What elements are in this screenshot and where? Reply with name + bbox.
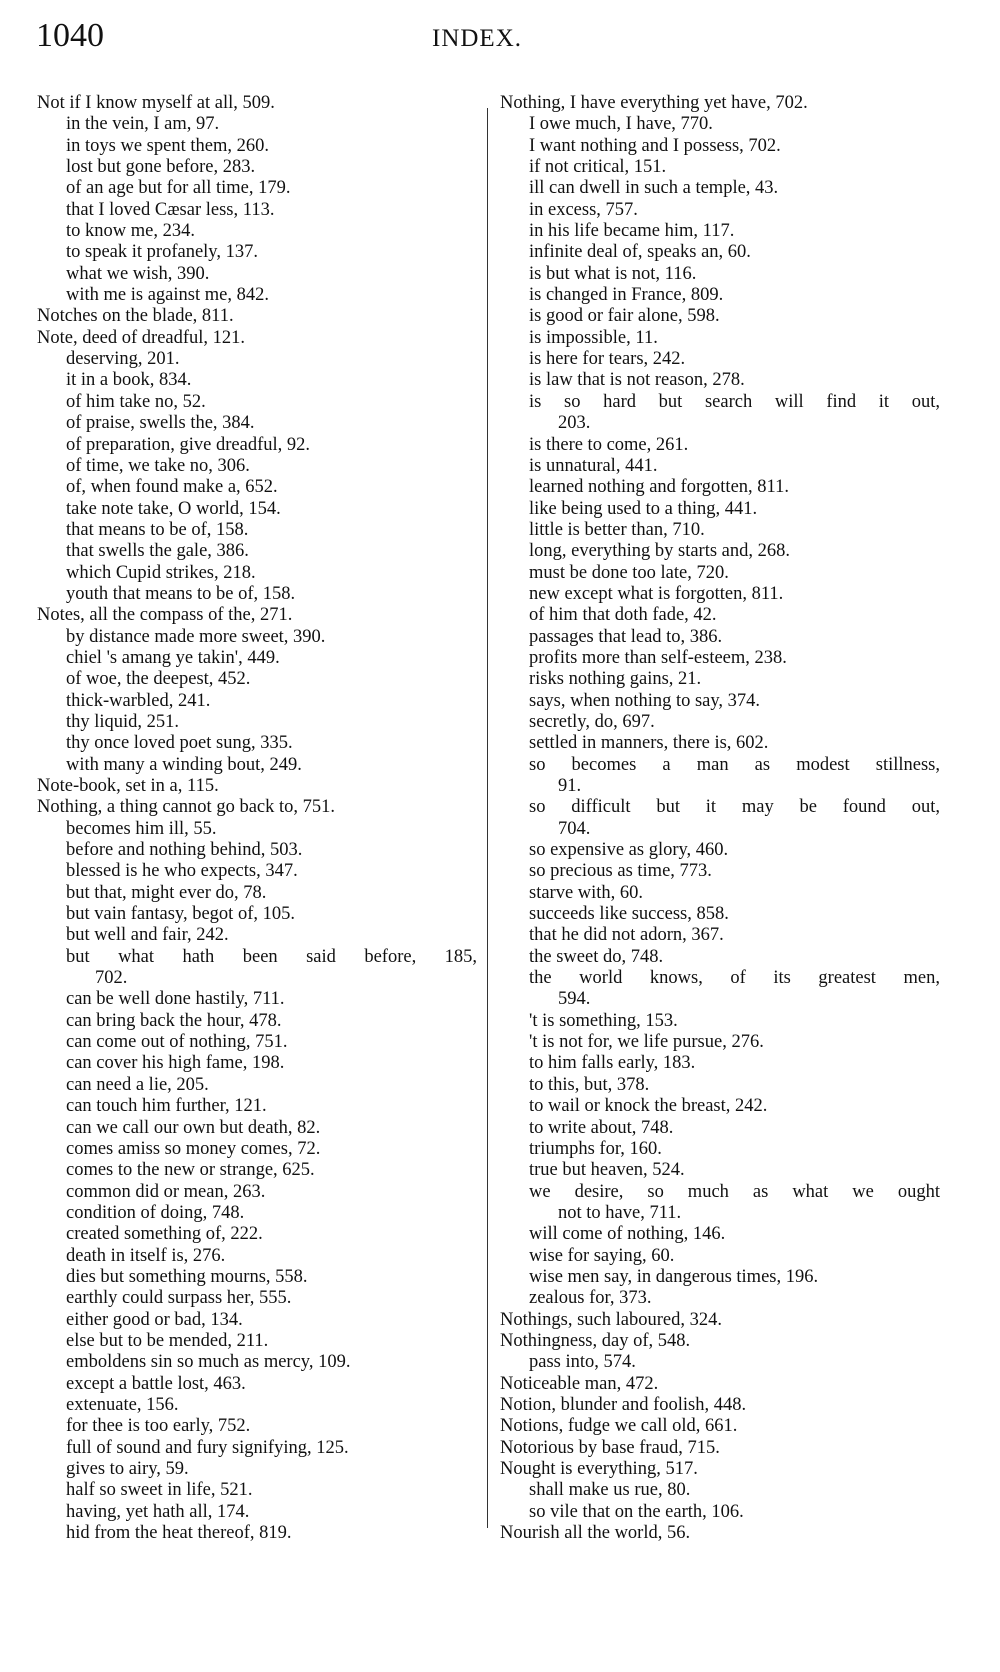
page-number: 1040 bbox=[36, 16, 104, 56]
index-subentry: the world knows, of its greatest men, bbox=[500, 968, 940, 989]
index-subentry: is there to come, 261. bbox=[500, 435, 940, 456]
index-subentry: but what hath been said before, 185, bbox=[37, 947, 477, 968]
index-subentry: of time, we take no, 306. bbox=[37, 456, 477, 477]
index-subentry: common did or mean, 263. bbox=[37, 1182, 477, 1203]
index-subentry: pass into, 574. bbox=[500, 1352, 940, 1373]
index-subentry: either good or bad, 134. bbox=[37, 1310, 477, 1331]
index-heading-entry: Note, deed of dreadful, 121. bbox=[37, 328, 477, 349]
index-subentry: is here for tears, 242. bbox=[500, 349, 940, 370]
index-subentry: comes to the new or strange, 625. bbox=[37, 1160, 477, 1181]
index-subentry: what we wish, 390. bbox=[37, 264, 477, 285]
index-subentry: to speak it profanely, 137. bbox=[37, 242, 477, 263]
index-subentry: so expensive as glory, 460. bbox=[500, 840, 940, 861]
index-heading-entry: Notion, blunder and foolish, 448. bbox=[500, 1395, 940, 1416]
index-heading-entry: Nothing, a thing cannot go back to, 751. bbox=[37, 797, 477, 818]
index-subentry: so vile that on the earth, 106. bbox=[500, 1502, 940, 1523]
index-entry-continuation: 702. bbox=[37, 968, 477, 989]
index-subentry: that means to be of, 158. bbox=[37, 520, 477, 541]
column-divider bbox=[487, 108, 488, 1528]
index-subentry: to wail or knock the breast, 242. bbox=[500, 1096, 940, 1117]
index-subentry: of him that doth fade, 42. bbox=[500, 605, 940, 626]
index-heading-entry: Not if I know myself at all, 509. bbox=[37, 93, 477, 114]
index-entry-continuation: 91. bbox=[500, 776, 940, 797]
index-subentry: chiel 's amang ye takin', 449. bbox=[37, 648, 477, 669]
index-subentry: can we call our own but death, 82. bbox=[37, 1118, 477, 1139]
index-subentry: else but to be mended, 211. bbox=[37, 1331, 477, 1352]
index-subentry: wise men say, in dangerous times, 196. bbox=[500, 1267, 940, 1288]
left-index-column: Not if I know myself at all, 509.in the … bbox=[37, 93, 477, 1544]
index-subentry: of him take no, 52. bbox=[37, 392, 477, 413]
index-subentry: is law that is not reason, 278. bbox=[500, 370, 940, 391]
index-subentry: thy once loved poet sung, 335. bbox=[37, 733, 477, 754]
index-subentry: of preparation, give dreadful, 92. bbox=[37, 435, 477, 456]
index-heading-entry: Notes, all the compass of the, 271. bbox=[37, 605, 477, 626]
index-subentry: zealous for, 373. bbox=[500, 1288, 940, 1309]
index-entry-continuation: 594. bbox=[500, 989, 940, 1010]
index-subentry: to write about, 748. bbox=[500, 1118, 940, 1139]
index-subentry: of an age but for all time, 179. bbox=[37, 178, 477, 199]
index-heading-entry: Nourish all the world, 56. bbox=[500, 1523, 940, 1544]
index-subentry: full of sound and fury signifying, 125. bbox=[37, 1438, 477, 1459]
index-subentry: to him falls early, 183. bbox=[500, 1053, 940, 1074]
index-subentry: which Cupid strikes, 218. bbox=[37, 563, 477, 584]
index-subentry: if not critical, 151. bbox=[500, 157, 940, 178]
index-subentry: condition of doing, 748. bbox=[37, 1203, 477, 1224]
index-subentry: wise for saying, 60. bbox=[500, 1246, 940, 1267]
index-subentry: we desire, so much as what we ought bbox=[500, 1182, 940, 1203]
index-subentry: created something of, 222. bbox=[37, 1224, 477, 1245]
index-subentry: in toys we spent them, 260. bbox=[37, 136, 477, 157]
index-subentry: starve with, 60. bbox=[500, 883, 940, 904]
index-subentry: secretly, do, 697. bbox=[500, 712, 940, 733]
index-subentry: infinite deal of, speaks an, 60. bbox=[500, 242, 940, 263]
index-subentry: profits more than self-esteem, 238. bbox=[500, 648, 940, 669]
index-subentry: 't is something, 153. bbox=[500, 1011, 940, 1032]
index-heading-entry: Nothing, I have everything yet have, 702… bbox=[500, 93, 940, 114]
index-subentry: dies but something mourns, 558. bbox=[37, 1267, 477, 1288]
index-subentry: that swells the gale, 386. bbox=[37, 541, 477, 562]
index-subentry: deserving, 201. bbox=[37, 349, 477, 370]
running-head: INDEX. bbox=[432, 24, 522, 54]
index-subentry: passages that lead to, 386. bbox=[500, 627, 940, 648]
index-subentry: so difficult but it may be found out, bbox=[500, 797, 940, 818]
index-subentry: can bring back the hour, 478. bbox=[37, 1011, 477, 1032]
index-subentry: shall make us rue, 80. bbox=[500, 1480, 940, 1501]
index-subentry: to know me, 234. bbox=[37, 221, 477, 242]
index-heading-entry: Nothings, such laboured, 324. bbox=[500, 1310, 940, 1331]
index-subentry: having, yet hath all, 174. bbox=[37, 1502, 477, 1523]
index-subentry: but vain fantasy, begot of, 105. bbox=[37, 904, 477, 925]
index-entry-continuation: not to have, 711. bbox=[500, 1203, 940, 1224]
index-subentry: triumphs for, 160. bbox=[500, 1139, 940, 1160]
index-subentry: so becomes a man as modest stillness, bbox=[500, 755, 940, 776]
index-subentry: before and nothing behind, 503. bbox=[37, 840, 477, 861]
index-heading-entry: Notorious by base fraud, 715. bbox=[500, 1438, 940, 1459]
index-subentry: comes amiss so money comes, 72. bbox=[37, 1139, 477, 1160]
index-subentry: but well and fair, 242. bbox=[37, 925, 477, 946]
index-subentry: blessed is he who expects, 347. bbox=[37, 861, 477, 882]
index-subentry: by distance made more sweet, 390. bbox=[37, 627, 477, 648]
index-subentry: of praise, swells the, 384. bbox=[37, 413, 477, 434]
index-subentry: must be done too late, 720. bbox=[500, 563, 940, 584]
index-subentry: in excess, 757. bbox=[500, 200, 940, 221]
index-subentry: is changed in France, 809. bbox=[500, 285, 940, 306]
index-subentry: true but heaven, 524. bbox=[500, 1160, 940, 1181]
index-subentry: can touch him further, 121. bbox=[37, 1096, 477, 1117]
index-subentry: earthly could surpass her, 555. bbox=[37, 1288, 477, 1309]
index-subentry: to this, but, 378. bbox=[500, 1075, 940, 1096]
index-subentry: the sweet do, 748. bbox=[500, 947, 940, 968]
index-subentry: new except what is forgotten, 811. bbox=[500, 584, 940, 605]
index-heading-entry: Note-book, set in a, 115. bbox=[37, 776, 477, 797]
index-subentry: is unnatural, 441. bbox=[500, 456, 940, 477]
index-subentry: learned nothing and forgotten, 811. bbox=[500, 477, 940, 498]
index-subentry: risks nothing gains, 21. bbox=[500, 669, 940, 690]
index-subentry: with many a winding bout, 249. bbox=[37, 755, 477, 776]
index-heading-entry: Nought is everything, 517. bbox=[500, 1459, 940, 1480]
index-subentry: succeeds like success, 858. bbox=[500, 904, 940, 925]
index-subentry: is but what is not, 116. bbox=[500, 264, 940, 285]
index-heading-entry: Notches on the blade, 811. bbox=[37, 306, 477, 327]
index-subentry: in the vein, I am, 97. bbox=[37, 114, 477, 135]
index-subentry: extenuate, 156. bbox=[37, 1395, 477, 1416]
index-subentry: is good or fair alone, 598. bbox=[500, 306, 940, 327]
right-index-column: Nothing, I have everything yet have, 702… bbox=[500, 93, 940, 1544]
index-subentry: of woe, the deepest, 452. bbox=[37, 669, 477, 690]
index-subentry: youth that means to be of, 158. bbox=[37, 584, 477, 605]
index-subentry: little is better than, 710. bbox=[500, 520, 940, 541]
index-subentry: death in itself is, 276. bbox=[37, 1246, 477, 1267]
index-heading-entry: Nothingness, day of, 548. bbox=[500, 1331, 940, 1352]
index-subentry: in his life became him, 117. bbox=[500, 221, 940, 242]
index-subentry: except a battle lost, 463. bbox=[37, 1374, 477, 1395]
index-subentry: lost but gone before, 283. bbox=[37, 157, 477, 178]
index-subentry: of, when found make a, 652. bbox=[37, 477, 477, 498]
index-subentry: hid from the heat thereof, 819. bbox=[37, 1523, 477, 1544]
index-subentry: thick-warbled, 241. bbox=[37, 691, 477, 712]
index-subentry: settled in manners, there is, 602. bbox=[500, 733, 940, 754]
index-entry-continuation: 203. bbox=[500, 413, 940, 434]
index-subentry: with me is against me, 842. bbox=[37, 285, 477, 306]
index-entry-continuation: 704. bbox=[500, 819, 940, 840]
index-subentry: take note take, O world, 154. bbox=[37, 499, 477, 520]
index-subentry: I owe much, I have, 770. bbox=[500, 114, 940, 135]
index-heading-entry: Notions, fudge we call old, 661. bbox=[500, 1416, 940, 1437]
index-subentry: can need a lie, 205. bbox=[37, 1075, 477, 1096]
index-subentry: for thee is too early, 752. bbox=[37, 1416, 477, 1437]
index-heading-entry: Noticeable man, 472. bbox=[500, 1374, 940, 1395]
index-subentry: that I loved Cæsar less, 113. bbox=[37, 200, 477, 221]
index-subentry: says, when nothing to say, 374. bbox=[500, 691, 940, 712]
index-subentry: but that, might ever do, 78. bbox=[37, 883, 477, 904]
index-subentry: thy liquid, 251. bbox=[37, 712, 477, 733]
index-subentry: I want nothing and I possess, 702. bbox=[500, 136, 940, 157]
index-subentry: can come out of nothing, 751. bbox=[37, 1032, 477, 1053]
index-subentry: is impossible, 11. bbox=[500, 328, 940, 349]
index-subentry: can be well done hastily, 711. bbox=[37, 989, 477, 1010]
index-subentry: long, everything by starts and, 268. bbox=[500, 541, 940, 562]
index-subentry: can cover his high fame, 198. bbox=[37, 1053, 477, 1074]
index-subentry: gives to airy, 59. bbox=[37, 1459, 477, 1480]
index-subentry: will come of nothing, 146. bbox=[500, 1224, 940, 1245]
index-subentry: is so hard but search will find it out, bbox=[500, 392, 940, 413]
index-subentry: 't is not for, we life pursue, 276. bbox=[500, 1032, 940, 1053]
index-subentry: ill can dwell in such a temple, 43. bbox=[500, 178, 940, 199]
index-subentry: emboldens sin so much as mercy, 109. bbox=[37, 1352, 477, 1373]
index-subentry: becomes him ill, 55. bbox=[37, 819, 477, 840]
index-subentry: like being used to a thing, 441. bbox=[500, 499, 940, 520]
index-subentry: half so sweet in life, 521. bbox=[37, 1480, 477, 1501]
index-subentry: so precious as time, 773. bbox=[500, 861, 940, 882]
index-subentry: that he did not adorn, 367. bbox=[500, 925, 940, 946]
index-subentry: it in a book, 834. bbox=[37, 370, 477, 391]
